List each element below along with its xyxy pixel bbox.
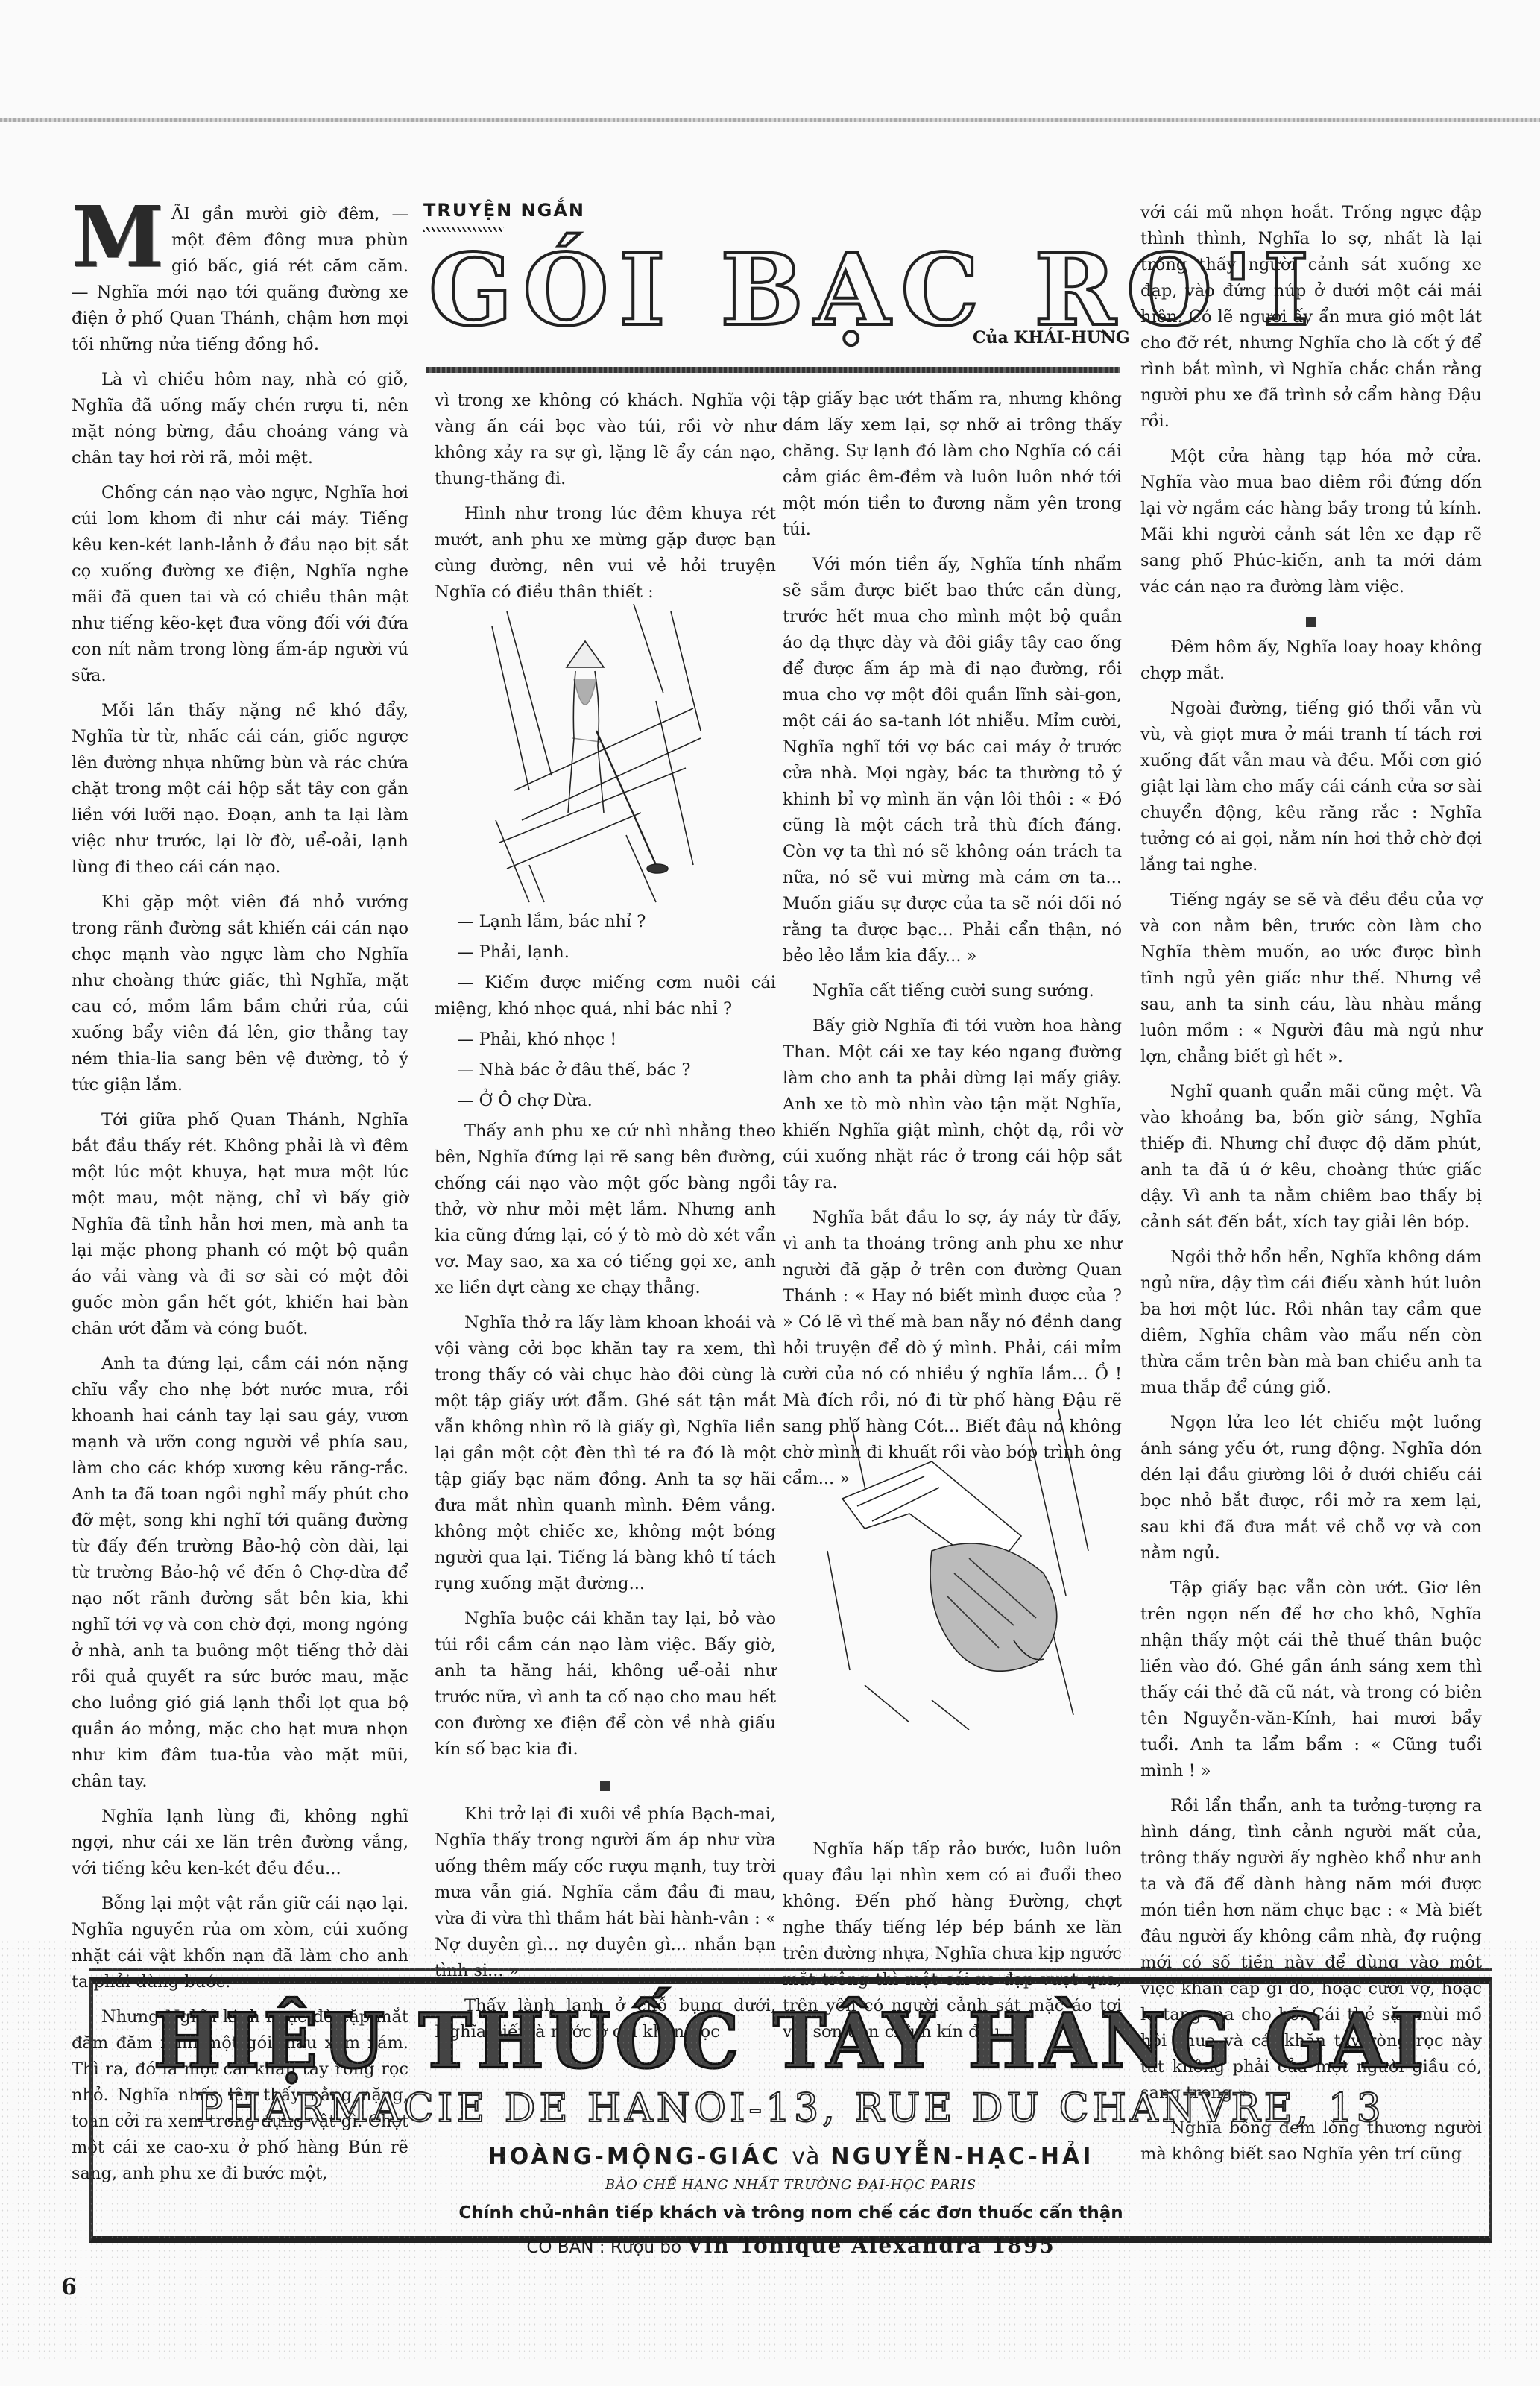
ad-sale-line: CÓ BÁN : Rượu bổ Vin Tonique Alexandra 1…	[93, 2233, 1489, 2258]
pharmacy-advertisement: HIỆU THUỐC TÂY HÀNG GAI PHARMACIE DE HAN…	[89, 1977, 1492, 2243]
paragraph: Ngọn lửa leo lét chiếu một luồng ánh sán…	[1140, 1410, 1482, 1567]
ad-subtitle: PHARMACIE DE HANOI-13, RUE DU CHANVRE, 1…	[93, 2086, 1489, 2132]
paragraph: Nghĩ quanh quẩn mãi cũng mệt. Và vào kho…	[1140, 1079, 1482, 1236]
owner-name: NGUYỄN-HẠC-HẢI	[831, 2144, 1094, 2170]
dialog-line: — Ở Ô chợ Dừa.	[435, 1088, 776, 1114]
paragraph: với cái mũ nhọn hoắt. Trống ngực đập thì…	[1140, 200, 1482, 435]
newspaper-page: TRUYỆN NGẮN GÓI BẠC RO'I Của KHÁI-HƯNG M…	[0, 0, 1540, 2386]
story-column-3: tập giấy bạc ướt thấm ra, nhưng không dá…	[783, 386, 1122, 2054]
ad-top-rule	[89, 1968, 1492, 1971]
byline: Của KHÁI-HƯNG	[973, 328, 1130, 347]
dialog-line: — Phải, khó nhọc !	[435, 1027, 776, 1053]
paragraph: Tập giấy bạc vẫn còn ướt. Giơ lên trên n…	[1140, 1576, 1482, 1784]
section-break	[1140, 609, 1482, 635]
owner-name: HOÀNG-MỘNG-GIÁC	[488, 2144, 782, 2170]
owner-join: và	[792, 2144, 820, 2170]
sale-prefix: CÓ BÁN : Rượu bổ	[526, 2238, 681, 2257]
paragraph: Bấy giờ Nghĩa đi tới vườn hoa hàng Than.…	[783, 1013, 1122, 1196]
dialog-line: — Lạnh lắm, bác nhỉ ?	[435, 909, 776, 935]
dialog-line: — Kiếm được miếng cơm nuôi cái miệng, kh…	[435, 970, 776, 1022]
ad-credential: BÀO CHẾ HẠNG NHẤT TRƯỜNG ĐẠI-HỌC PARIS	[93, 2177, 1489, 2193]
section-ornament-icon	[1306, 617, 1316, 627]
ad-owners: HOÀNG-MỘNG-GIÁCvàNGUYỄN-HẠC-HẢI	[93, 2144, 1489, 2170]
paragraph: Ngồi thở hổn hển, Nghĩa không dám ngủ nữ…	[1140, 1244, 1482, 1401]
paragraph: tập giấy bạc ướt thấm ra, nhưng không dá…	[783, 386, 1122, 543]
paragraph: Một cửa hàng tạp hóa mở cửa. Nghĩa vào m…	[1140, 444, 1482, 600]
top-border-rule	[0, 118, 1540, 122]
bottom-margin	[0, 2362, 1540, 2386]
dialog-line: — Nhà bác ở đâu thế, bác ?	[435, 1057, 776, 1083]
dialog-line: — Phải, lạnh.	[435, 939, 776, 966]
story-column-4: với cái mũ nhọn hoắt. Trống ngực đập thì…	[1140, 200, 1482, 2176]
paragraph: Khi gặp một viên đá nhỏ vướng trong rãnh…	[72, 890, 408, 1098]
paragraph: Với món tiền ấy, Nghĩa tính nhẩm sẽ sắm …	[783, 552, 1122, 969]
sale-product: Vin Tonique Alexandra 1895	[687, 2233, 1055, 2258]
paragraph: Hình như trong lúc đêm khuya rét mướt, a…	[435, 501, 776, 605]
street-sweeper-illustration-icon	[485, 596, 708, 910]
section-break	[435, 1772, 776, 1801]
paragraph: Anh ta đứng lại, cầm cái nón nặng chĩu v…	[72, 1351, 408, 1795]
paragraph: MÃI gần mười giờ đêm, — một đêm đông mưa…	[72, 201, 408, 358]
paragraph: Ngoài đường, tiếng gió thổi vẫn vù vù, v…	[1140, 696, 1482, 878]
page-number: 6	[61, 2274, 77, 2300]
paragraph: Tới giữa phố Quan Thánh, Nghĩa bắt đầu t…	[72, 1107, 408, 1342]
ad-service-line: Chính chủ-nhân tiếp khách và trông nom c…	[93, 2203, 1489, 2223]
story-title: GÓI BẠC RO'I	[429, 239, 1122, 343]
ad-title: HIỆU THUỐC TÂY HÀNG GAI	[93, 1998, 1489, 2085]
paragraph: Mỗi lần thấy nặng nề khó đẩy, Nghĩa từ t…	[72, 698, 408, 881]
kicker-underline	[423, 227, 504, 232]
paragraph: Nghĩa lạnh lùng đi, không nghĩ ngợi, như…	[72, 1804, 408, 1882]
hand-with-bundle-illustration-icon	[820, 1402, 1103, 1730]
paragraph: Nghĩa thở ra lấy làm khoan khoái và vội …	[435, 1310, 776, 1597]
section-kicker: TRUYỆN NGẮN	[423, 200, 585, 221]
paragraph: Khi trở lại đi xuôi về phía Bạch-mai, Ng…	[435, 1801, 776, 1984]
paragraph: Là vì chiều hôm nay, nhà có giỗ, Nghĩa đ…	[72, 367, 408, 471]
dropcap: M	[72, 204, 164, 273]
paragraph: Thấy anh phu xe cứ nhì nhằng theo bên, N…	[435, 1118, 776, 1301]
paragraph: vì trong xe không có khách. Nghĩa vội và…	[435, 388, 776, 492]
paragraph: Nghĩa cất tiếng cười sung sướng.	[783, 978, 1122, 1004]
paragraph: Chống cán nạo vào ngực, Nghĩa hơi cúi lo…	[72, 480, 408, 689]
paragraph: Đêm hôm ấy, Nghĩa loay hoay không chợp m…	[1140, 635, 1482, 687]
paragraph: Tiếng ngáy se sẽ và đều đều của vợ và co…	[1140, 887, 1482, 1070]
paragraph: Nghĩa buộc cái khăn tay lại, bỏ vào túi …	[435, 1606, 776, 1763]
story-column-1: MÃI gần mười giờ đêm, — một đêm đông mưa…	[72, 201, 408, 2196]
title-rule	[426, 367, 1120, 373]
section-ornament-icon	[600, 1781, 610, 1791]
